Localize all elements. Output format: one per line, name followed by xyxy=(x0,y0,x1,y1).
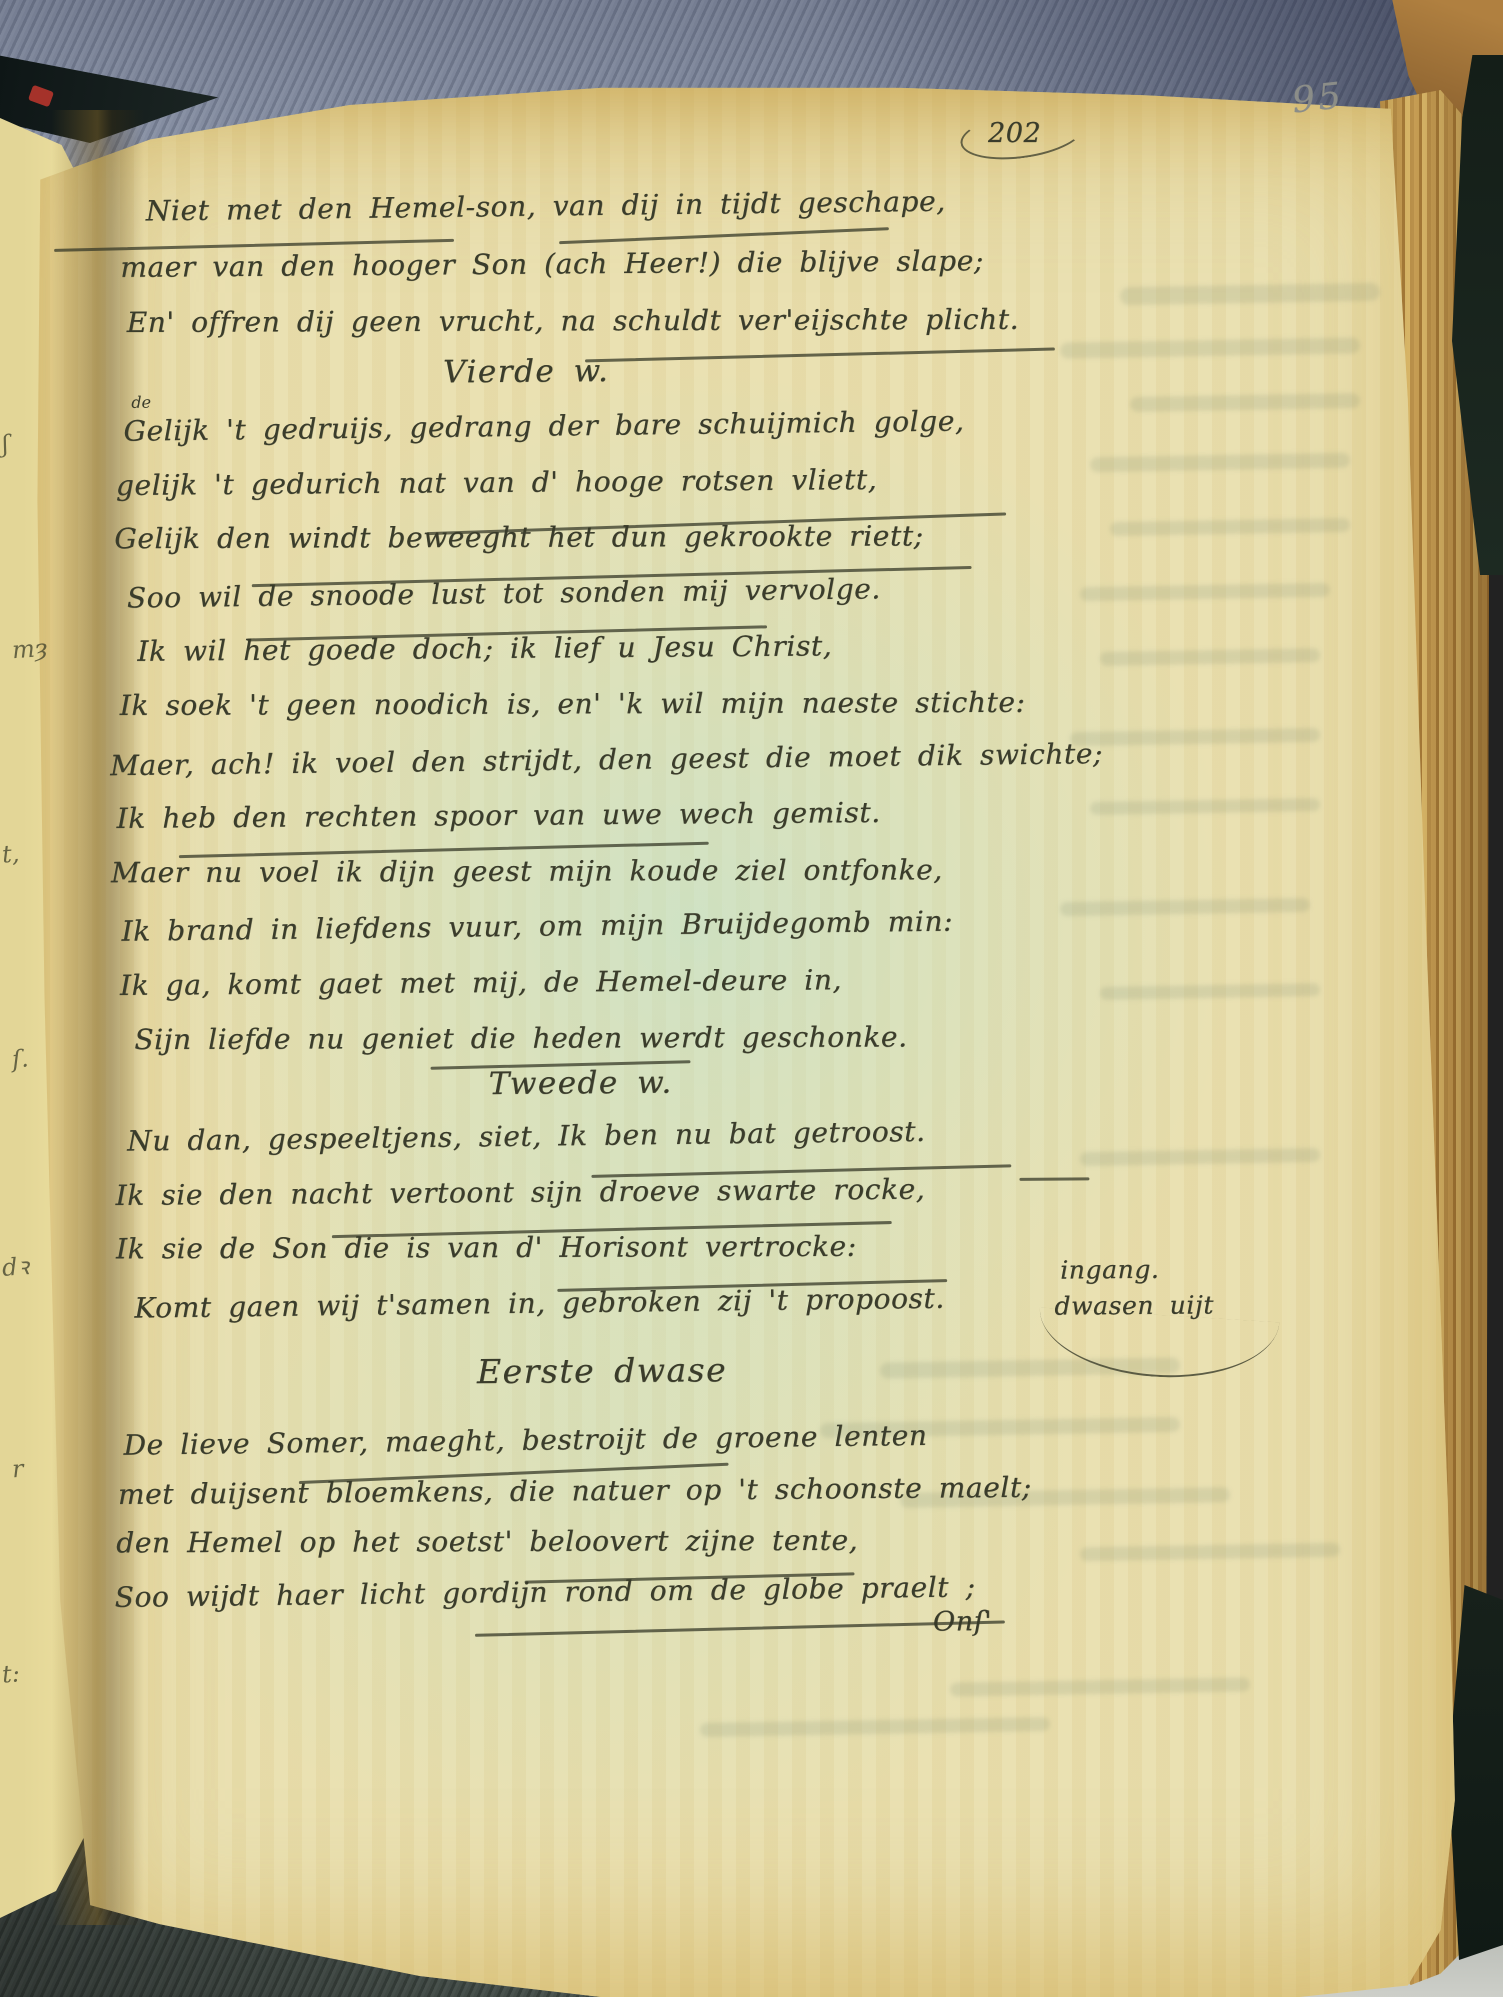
opening-line: maer van den hooger Son (ach Heer!) die … xyxy=(120,244,984,284)
margin-note-flourish xyxy=(1036,1307,1279,1384)
section-heading-eerste-dwase: Eerste dwase xyxy=(477,1350,727,1391)
tweede-line: Komt gaen wij t'samen in, gebroken zij '… xyxy=(134,1281,945,1324)
vierde-line: Ik brand in liefdens vuur, om mijn Bruij… xyxy=(121,905,953,948)
tweede-line: Nu dan, gespeeltjens, siet, Ik ben nu ba… xyxy=(127,1115,926,1158)
vierde-line: Sijn liefde nu geniet die heden werdt ge… xyxy=(134,1020,907,1056)
eerste-line: De lieve Somer, maeght, bestroijt de gro… xyxy=(123,1419,927,1462)
interlinear-correction: de xyxy=(131,393,151,412)
margin-note-ingang: ingang. xyxy=(1060,1255,1159,1285)
vierde-line: Gelijk den windt beweeght het dun gekroo… xyxy=(114,520,923,556)
vierde-line: Maer nu voel ik dijn geest mijn koude zi… xyxy=(111,853,943,889)
vierde-line: gelijk 't gedurich nat van d' hooge rots… xyxy=(116,463,878,502)
eerste-line: Soo wijdt haer licht gordijn rond om de … xyxy=(114,1570,975,1614)
section-heading-tweede: Tweede w. xyxy=(489,1065,673,1102)
tweede-line: Ik sie den nacht vertoont sijn droeve sw… xyxy=(115,1172,925,1211)
pen-dash xyxy=(585,347,1055,362)
opening-line: En' offren dij geen vrucht, na schuldt v… xyxy=(127,303,1019,339)
eerste-line: den Hemel op het soetst' beloovert zijne… xyxy=(116,1524,858,1560)
eerste-line: met duijsent bloemkens, die natuer op 't… xyxy=(118,1470,1032,1510)
vierde-line: Gelijk 't gedruijs, gedrang der bare sch… xyxy=(123,404,964,447)
opening-line: Niet met den Hemel-son, van dij in tijdt… xyxy=(146,185,946,228)
vierde-line: Ik ga, komt gaet met mij, de Hemel-deure… xyxy=(120,963,842,1002)
pen-dash xyxy=(475,1620,1005,1636)
vierde-line: Ik soek 't geen noodich is, en' 'k wil m… xyxy=(120,686,1026,722)
vierde-line: Maer, ach! ik voel den strijdt, den gees… xyxy=(110,737,1103,782)
vierde-line: Ik wil het goede doch; ik lief u Jesu Ch… xyxy=(137,630,832,668)
vierde-line: Ik heb den rechten spoor van uwe wech ge… xyxy=(116,796,880,835)
section-heading-vierde: Vierde w. xyxy=(443,353,609,390)
handwriting-layer: Vierde w. de Tweede w. ingang. dwasen ui… xyxy=(0,0,1503,1997)
pen-dash xyxy=(1019,1177,1089,1181)
pen-dash xyxy=(559,227,889,244)
manuscript-photo: ʃmȝt,ſ.dꝛrt: 95 202 Vierde w. de Tweede … xyxy=(0,0,1503,1997)
tweede-line: Ik sie de Son die is van d' Horisont ver… xyxy=(116,1230,857,1266)
